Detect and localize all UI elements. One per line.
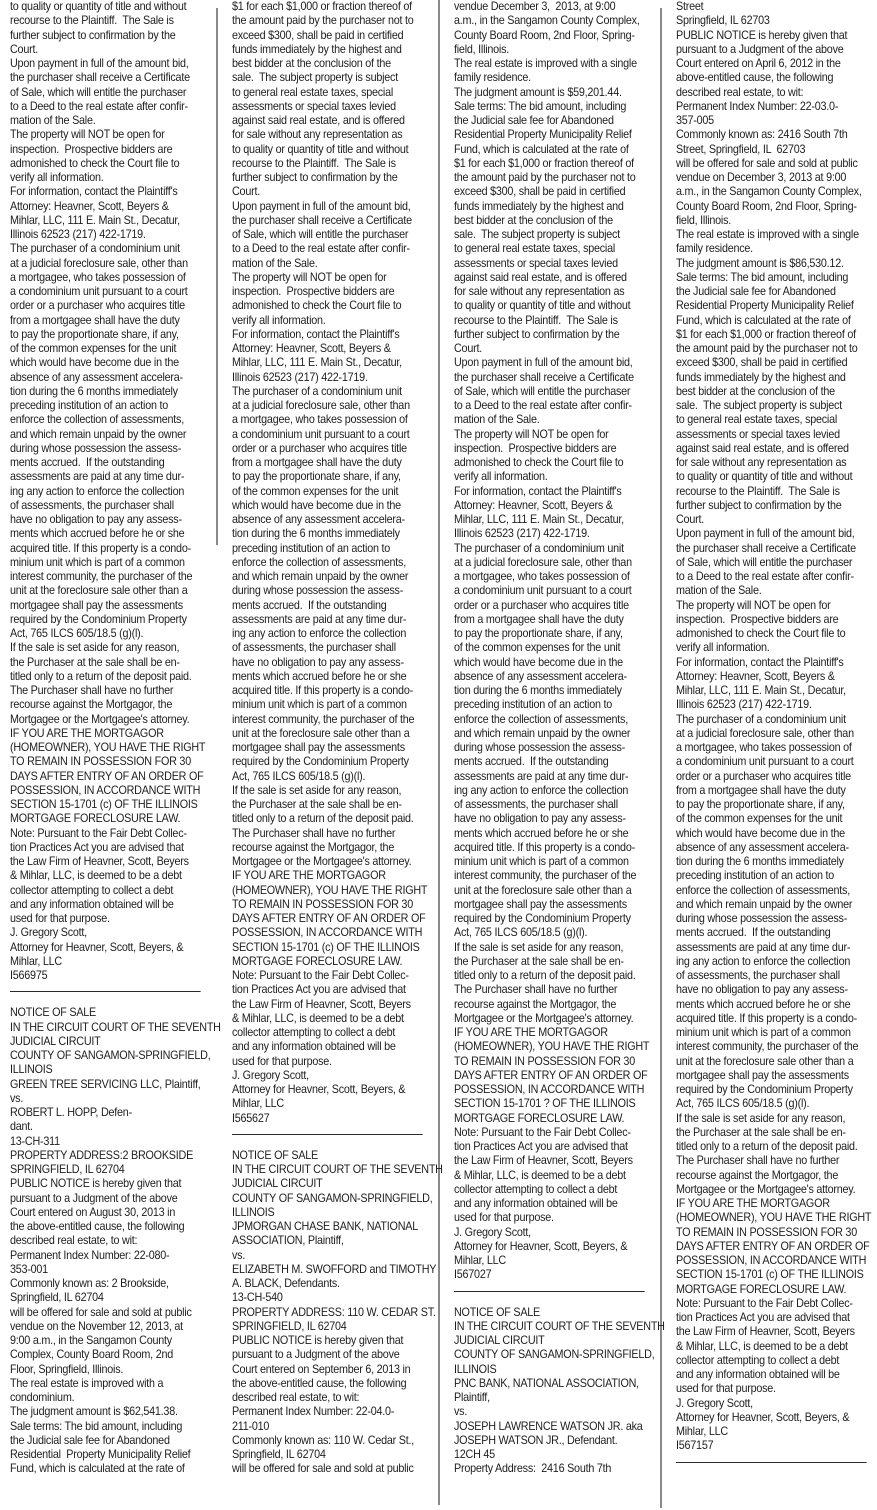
notice-line: Residential Property Municipality Relief <box>454 128 640 142</box>
notice-line: Note: Pursuant to the Fair Debt Collec- <box>676 1297 862 1311</box>
notice-line: The Purchaser shall have no further <box>10 684 196 698</box>
notice-line: Street, Springfield, IL 62703 <box>676 143 862 157</box>
notice-line: IF YOU ARE THE MORTGAGOR <box>232 869 418 883</box>
notice-line: of the common expenses for the unit <box>10 342 196 356</box>
notice-line: described real estate, to wit: <box>10 1234 196 1248</box>
notice-line: Attorney: Heavner, Scott, Beyers & <box>454 499 640 513</box>
notice-line: further subject to confirmation by the <box>454 328 640 342</box>
notice-line: ments accrued. If the outstanding <box>454 755 640 769</box>
notice-line: the purchaser shall receive a Certificat… <box>676 542 862 556</box>
notice-line: interest community, the purchaser of the <box>10 570 196 584</box>
notice-line: Mihlar, LLC <box>676 1425 862 1439</box>
notice-line: Act, 765 ILCS 605/18.5 (g)(l). <box>10 627 196 641</box>
notice-line: Mihlar, LLC <box>232 1097 418 1111</box>
notice-line: & Mihlar, LLC, is deemed to be a debt <box>454 1169 640 1183</box>
notice-line: to pay the proportionate share, if any, <box>10 328 196 342</box>
notice-line: funds immediately by the highest and <box>454 200 640 214</box>
notice-line: collector attempting to collect a debt <box>232 1026 418 1040</box>
notice-line: POSSESSION, IN ACCORDANCE WITH <box>10 784 196 798</box>
notice-line: a mortgagee, who takes possession of <box>10 271 196 285</box>
notice-line: PUBLIC NOTICE is hereby given that <box>676 29 862 43</box>
notice-line: the Purchaser at the sale shall be en- <box>454 955 640 969</box>
notice-line: ments accrued. If the outstanding <box>10 456 196 470</box>
column-3: vendue December 3, 2013, at 9:00a.m., in… <box>454 0 640 1477</box>
notice-line: Residential Property Municipality Relief <box>10 1448 196 1462</box>
notice-line: pursuant to a Judgment of the above <box>232 1348 418 1362</box>
notice-line: 353-001 <box>10 1263 196 1277</box>
notice-line: the Judicial sale fee for Abandoned <box>454 114 640 128</box>
notice-line: minium unit which is part of a common <box>232 698 418 712</box>
notice-line: to general real estate taxes, special <box>676 413 862 427</box>
notice-line: used for that purpose. <box>676 1382 862 1396</box>
notice-line: Attorney: Heavner, Scott, Beyers & <box>676 670 862 684</box>
notice-line: 13-CH-540 <box>232 1291 418 1305</box>
notice-line: JOSEPH LAWRENCE WATSON JR. aka <box>454 1420 640 1434</box>
notice-line: vendue December 3, 2013, at 9:00 <box>454 0 640 14</box>
notice-line: mortgagee shall pay the assessments <box>10 599 196 613</box>
notice-separator-rule <box>232 1134 423 1135</box>
notice-line: COUNTY OF SANGAMON-SPRINGFIELD, <box>10 1049 196 1063</box>
notice-line: verify all information. <box>10 171 196 185</box>
notice-line: funds immediately by the highest and <box>676 371 862 385</box>
notice-line: which would have become due in the <box>10 356 196 370</box>
notice-line: The real estate is improved with a singl… <box>676 228 862 242</box>
notice-line: inspection. Prospective bidders are <box>232 285 418 299</box>
notice-line: Floor, Springfield, Illinois. <box>10 1363 196 1377</box>
notice-line: mation of the Sale. <box>10 114 196 128</box>
notice-line: Mihlar, LLC, 111 E. Main St., Decatur, <box>232 356 418 370</box>
notice-line: for sale without any representation as <box>232 128 418 142</box>
notice-line: and any information obtained will be <box>676 1368 862 1382</box>
notice-line: ILLINOIS <box>10 1063 196 1077</box>
notice-line: The judgment amount is $86,530.12. <box>676 257 862 271</box>
notice-text-block: to quality or quantity of title and with… <box>10 0 196 983</box>
notice-line: TO REMAIN IN POSSESSION FOR 30 <box>232 898 418 912</box>
notice-line: PROPERTY ADDRESS:2 BROOKSIDE <box>10 1149 196 1163</box>
legal-notices-page: to quality or quantity of title and with… <box>0 0 877 1510</box>
notice-line: to general real estate taxes, special <box>454 242 640 256</box>
notice-line: ing any action to enforce the collection <box>676 955 862 969</box>
notice-line: absence of any assessment accelera- <box>454 670 640 684</box>
notice-line: the Law Firm of Heavner, Scott, Beyers <box>10 855 196 869</box>
notice-line: Illinois 62523 (217) 422-1719. <box>676 698 862 712</box>
notice-line: a.m., in the Sangamon County Complex, <box>676 185 862 199</box>
notice-line: assessments are paid at any time dur- <box>10 470 196 484</box>
notice-line: Upon payment in full of the amount bid, <box>676 527 862 541</box>
notice-line: order or a purchaser who acquires title <box>676 770 862 784</box>
notice-line: the amount paid by the purchaser not to <box>676 342 862 356</box>
notice-line: Upon payment in full of the amount bid, <box>454 356 640 370</box>
notice-line: The Purchaser shall have no further <box>454 983 640 997</box>
notice-line: Court entered on April 6, 2012 in the <box>676 57 862 71</box>
notice-line: and any information obtained will be <box>454 1197 640 1211</box>
notice-line: Permanent Index Number: 22-080- <box>10 1249 196 1263</box>
notice-line: 13-CH-311 <box>10 1135 196 1149</box>
notice-line: vs. <box>232 1249 418 1263</box>
notice-line: $1 for each $1,000 or fraction thereof o… <box>676 328 862 342</box>
notice-line: to a Deed to the real estate after confi… <box>454 399 640 413</box>
notice-line: at a judicial foreclosure sale, other th… <box>232 399 418 413</box>
notice-line: ments accrued. If the outstanding <box>232 599 418 613</box>
notice-line: The real estate is improved with a singl… <box>454 57 640 71</box>
notice-line: the purchaser shall receive a Certificat… <box>454 371 640 385</box>
notice-line: and which remain unpaid by the owner <box>232 570 418 584</box>
notice-line: IF YOU ARE THE MORTGAGOR <box>10 727 196 741</box>
notice-line: Note: Pursuant to the Fair Debt Collec- <box>10 827 196 841</box>
notice-line: verify all information. <box>676 641 862 655</box>
notice-line: the Judicial sale fee for Abandoned <box>10 1434 196 1448</box>
notice-line: Complex, County Board Room, 2nd <box>10 1348 196 1362</box>
notice-line: Fund, which is calculated at the rate of <box>454 143 640 157</box>
notice-line: The property will NOT be open for <box>232 271 418 285</box>
notice-line: Fund, which is calculated at the rate of <box>676 314 862 328</box>
notice-line: Attorney for Heavner, Scott, Beyers, & <box>232 1083 418 1097</box>
notice-line: preceding institution of an action to <box>10 399 196 413</box>
column-2: $1 for each $1,000 or fraction thereof o… <box>232 0 418 1477</box>
notice-line: tion Practices Act you are advised that <box>232 983 418 997</box>
notice-line: Act, 765 ILCS 605/18.5 (g)(l). <box>454 926 640 940</box>
notice-line: recourse to the Plaintiff. The Sale is <box>232 157 418 171</box>
notice-line: of assessments, the purchaser shall <box>676 969 862 983</box>
notice-line: to quality or quantity of title and with… <box>454 299 640 313</box>
notice-line: which would have become due in the <box>232 499 418 513</box>
notice-line: the Purchaser at the sale shall be en- <box>232 798 418 812</box>
notice-line: The judgment amount is $59,201.44. <box>454 86 640 100</box>
notice-line: mation of the Sale. <box>232 257 418 271</box>
notice-line: Mortgagee or the Mortgagee's attorney. <box>232 855 418 869</box>
notice-line: Plaintiff, <box>454 1391 640 1405</box>
column-divider <box>216 8 218 545</box>
notice-line: ments which accrued before he or she <box>232 670 418 684</box>
notice-line: recourse against the Mortgagor, the <box>676 1169 862 1183</box>
notice-line: dant. <box>10 1120 196 1134</box>
notice-line: IN THE CIRCUIT COURT OF THE SEVENTH <box>454 1320 640 1334</box>
column-divider <box>660 8 662 1508</box>
notice-line: preceding institution of an action to <box>676 869 862 883</box>
notice-line: the Purchaser at the sale shall be en- <box>10 656 196 670</box>
notice-line: For information, contact the Plaintiff's <box>10 185 196 199</box>
notice-line: (HOMEOWNER), YOU HAVE THE RIGHT <box>232 884 418 898</box>
notice-line: minium unit which is part of a common <box>10 556 196 570</box>
notice-line: further subject to confirmation by the <box>232 171 418 185</box>
notice-line: will be offered for sale and sold at pub… <box>676 157 862 171</box>
notice-line: Sale terms: The bid amount, including <box>676 271 862 285</box>
notice-line: used for that purpose. <box>232 1055 418 1069</box>
notice-line: at a judicial foreclosure sale, other th… <box>454 556 640 570</box>
notice-text-block: NOTICE OF SALEIN THE CIRCUIT COURT OF TH… <box>10 1006 196 1476</box>
notice-line: If the sale is set aside for any reason, <box>676 1112 862 1126</box>
notice-line: vendue on December 3, 2013 at 9:00 <box>676 171 862 185</box>
notice-line: and any information obtained will be <box>232 1040 418 1054</box>
notice-line: enforce the collection of assessments, <box>10 413 196 427</box>
notice-line: Mortgagee or the Mortgagee's attorney. <box>454 1012 640 1026</box>
notice-line: order or a purchaser who acquires title <box>232 442 418 456</box>
notice-line: the purchaser shall receive a Certificat… <box>232 214 418 228</box>
notice-separator-rule <box>676 1462 867 1463</box>
notice-line: used for that purpose. <box>454 1211 640 1225</box>
notice-line: assessments are paid at any time dur- <box>676 941 862 955</box>
notice-line: County Board Room, 2nd Floor, Spring- <box>454 29 640 43</box>
notice-line: PROPERTY ADDRESS: 110 W. CEDAR ST. <box>232 1306 418 1320</box>
notice-line: to pay the proportionate share, if any, <box>454 627 640 641</box>
notice-line: & Mihlar, LLC, is deemed to be a debt <box>676 1340 862 1354</box>
notice-line: $1 for each $1,000 or fraction thereof o… <box>232 0 418 14</box>
notice-line: and which remain unpaid by the owner <box>454 727 640 741</box>
notice-line: Upon payment in full of the amount bid, <box>10 57 196 71</box>
notice-line: unit at the foreclosure sale other than … <box>454 884 640 898</box>
notice-line: minium unit which is part of a common <box>676 1026 862 1040</box>
notice-line: a mortgagee, who takes possession of <box>676 741 862 755</box>
notice-line: Court. <box>676 513 862 527</box>
notice-line: The property will NOT be open for <box>10 128 196 142</box>
notice-line: the Law Firm of Heavner, Scott, Beyers <box>232 998 418 1012</box>
notice-line: the amount paid by the purchaser not to <box>454 171 640 185</box>
notice-line: enforce the collection of assessments, <box>676 884 862 898</box>
notice-line: JOSEPH WATSON JR., Defendant. <box>454 1434 640 1448</box>
notice-line: ments which accrued before he or she <box>10 527 196 541</box>
notice-line: ing any action to enforce the collection <box>10 485 196 499</box>
notice-line: I566975 <box>10 969 196 983</box>
notice-line: vs. <box>454 1405 640 1419</box>
notice-line: described real estate, to wit: <box>676 86 862 100</box>
notice-line: to quality or quantity of title and with… <box>676 470 862 484</box>
notice-line: the Law Firm of Heavner, Scott, Beyers <box>676 1325 862 1339</box>
notice-line: IF YOU ARE THE MORTGAGOR <box>454 1026 640 1040</box>
notice-line: a condominium unit pursuant to a court <box>232 428 418 442</box>
notice-line: of assessments, the purchaser shall <box>10 499 196 513</box>
notice-line: ments which accrued before he or she <box>676 998 862 1012</box>
notice-line: The Purchaser shall have no further <box>676 1154 862 1168</box>
notice-line: (HOMEOWNER), YOU HAVE THE RIGHT <box>676 1211 862 1225</box>
notice-line: Court entered on September 6, 2013 in <box>232 1363 418 1377</box>
notice-line: collector attempting to collect a debt <box>676 1354 862 1368</box>
notice-line: the above-entitled cause, the following <box>232 1377 418 1391</box>
notice-line: Mihlar, LLC, 111 E. Main St., Decatur, <box>454 513 640 527</box>
notice-line: the Judicial sale fee for Abandoned <box>676 285 862 299</box>
notice-line: tion during the 6 months immediately <box>10 385 196 399</box>
notice-line: Court. <box>232 185 418 199</box>
notice-line: County Board Room, 2nd Floor, Spring- <box>676 200 862 214</box>
notice-line: field, Illinois. <box>676 214 862 228</box>
notice-line: titled only to a return of the deposit p… <box>676 1140 862 1154</box>
notice-line: acquired title. If this property is a co… <box>10 542 196 556</box>
notice-line: from a mortgagee shall have the duty <box>676 784 862 798</box>
notice-line: Mihlar, LLC <box>454 1254 640 1268</box>
notice-line: IN THE CIRCUIT COURT OF THE SEVENTH <box>10 1021 196 1035</box>
notice-line: If the sale is set aside for any reason, <box>454 941 640 955</box>
notice-line: a condominium unit pursuant to a court <box>676 755 862 769</box>
notice-line: Illinois 62523 (217) 422-1719. <box>454 527 640 541</box>
notice-line: required by the Condominium Property <box>454 912 640 926</box>
notice-line: the purchaser shall receive a Certificat… <box>10 71 196 85</box>
notice-line: The purchaser of a condominium unit <box>454 542 640 556</box>
notice-line: titled only to a return of the deposit p… <box>10 670 196 684</box>
notice-line: and which remain unpaid by the owner <box>10 428 196 442</box>
notice-line: For information, contact the Plaintiff's <box>454 485 640 499</box>
notice-line: Act, 765 ILCS 605/18.5 (g)(l). <box>232 770 418 784</box>
notice-line: Permanent Index Number: 22-04.0- <box>232 1405 418 1419</box>
notice-line: the amount paid by the purchaser not to <box>232 14 418 28</box>
notice-line: condominium. <box>10 1391 196 1405</box>
notice-line: I567027 <box>454 1268 640 1282</box>
notice-line: enforce the collection of assessments, <box>232 556 418 570</box>
notice-line: of Sale, which will entitle the purchase… <box>10 86 196 100</box>
notice-line: the Law Firm of Heavner, Scott, Beyers <box>454 1154 640 1168</box>
notice-line: COUNTY OF SANGAMON-SPRINGFIELD, <box>454 1348 640 1362</box>
notice-line: J. Gregory Scott, <box>454 1226 640 1240</box>
notice-line: I565627 <box>232 1112 418 1126</box>
notice-line: ing any action to enforce the collection <box>454 784 640 798</box>
notice-line: a condominium unit pursuant to a court <box>10 285 196 299</box>
notice-line: and which remain unpaid by the owner <box>676 898 862 912</box>
notice-line: Springfield, IL 62704 <box>10 1291 196 1305</box>
notice-line: assessments or special taxes levied <box>676 428 862 442</box>
notice-line: against said real estate, and is offered <box>676 442 862 456</box>
notice-line: verify all information. <box>232 314 418 328</box>
notice-line: Permanent Index Number: 22-03.0- <box>676 100 862 114</box>
notice-line: from a mortgagee shall have the duty <box>454 613 640 627</box>
notice-line: TO REMAIN IN POSSESSION FOR 30 <box>676 1226 862 1240</box>
notice-line: Court entered on August 30, 2013 in <box>10 1206 196 1220</box>
notice-line: a condominium unit pursuant to a court <box>454 584 640 598</box>
notice-line: recourse to the Plaintiff. The Sale is <box>454 314 640 328</box>
notice-line: during whose possession the assess- <box>454 741 640 755</box>
notice-line: mation of the Sale. <box>676 584 862 598</box>
notice-line: JUDICIAL CIRCUIT <box>454 1334 640 1348</box>
notice-line: (HOMEOWNER), YOU HAVE THE RIGHT <box>454 1040 640 1054</box>
notice-line: further subject to confirmation by the <box>10 29 196 43</box>
notice-line: assessments or special taxes levied <box>454 257 640 271</box>
notice-line: Attorney: Heavner, Scott, Beyers & <box>10 200 196 214</box>
notice-line: The purchaser of a condominium unit <box>676 713 862 727</box>
notice-line: JUDICIAL CIRCUIT <box>10 1035 196 1049</box>
notice-line: ELIZABETH M. SWOFFORD and TIMOTHY <box>232 1263 418 1277</box>
notice-line: interest community, the purchaser of the <box>676 1040 862 1054</box>
notice-line: 9:00 a.m., in the Sangamon County <box>10 1334 196 1348</box>
notice-line: field, Illinois. <box>454 43 640 57</box>
notice-line: tion Practices Act you are advised that <box>676 1311 862 1325</box>
notice-line: during whose possession the assess- <box>232 584 418 598</box>
notice-line: mortgagee shall pay the assessments <box>454 898 640 912</box>
notice-line: IF YOU ARE THE MORTGAGOR <box>676 1197 862 1211</box>
notice-line: Note: Pursuant to the Fair Debt Collec- <box>454 1126 640 1140</box>
notice-line: against said real estate, and is offered <box>454 271 640 285</box>
notice-line: to a Deed to the real estate after confi… <box>10 100 196 114</box>
notice-line: of Sale, which will entitle the purchase… <box>232 228 418 242</box>
notice-line: pursuant to a Judgment of the above <box>676 43 862 57</box>
notice-line: recourse against the Mortgagor, the <box>232 841 418 855</box>
notice-line: tion Practices Act you are advised that <box>10 841 196 855</box>
notice-line: sale. The subject property is subject <box>232 71 418 85</box>
notice-line: from a mortgagee shall have the duty <box>10 314 196 328</box>
column-divider <box>438 0 440 1505</box>
notice-line: Mihlar, LLC, 111 E. Main St., Decatur, <box>10 214 196 228</box>
notice-line: at a judicial foreclosure sale, other th… <box>676 727 862 741</box>
notice-line: required by the Condominium Property <box>10 613 196 627</box>
notice-line: Mortgagee or the Mortgagee's attorney. <box>10 713 196 727</box>
notice-line: The property will NOT be open for <box>454 428 640 442</box>
notice-line: have no obligation to pay any assess- <box>232 656 418 670</box>
notice-line: of Sale, which will entitle the purchase… <box>676 556 862 570</box>
notice-line: for sale without any representation as <box>454 285 640 299</box>
notice-line: Act, 765 ILCS 605/18.5 (g)(l). <box>676 1097 862 1111</box>
notice-line: & Mihlar, LLC, is deemed to be a debt <box>10 869 196 883</box>
notice-line: ILLINOIS <box>232 1206 418 1220</box>
notice-line: JUDICIAL CIRCUIT <box>232 1177 418 1191</box>
notice-line: the Purchaser at the sale shall be en- <box>676 1126 862 1140</box>
column-1: to quality or quantity of title and with… <box>10 0 196 1477</box>
notice-line: mation of the Sale. <box>454 413 640 427</box>
notice-line: to a Deed to the real estate after confi… <box>676 570 862 584</box>
notice-line: best bidder at the conclusion of the <box>676 385 862 399</box>
notice-line: inspection. Prospective bidders are <box>10 143 196 157</box>
notice-text-block: StreetSpringfield, IL 62703PUBLIC NOTICE… <box>676 0 862 1454</box>
notice-line: 211-010 <box>232 1420 418 1434</box>
notice-line: at a judicial foreclosure sale, other th… <box>10 257 196 271</box>
notice-line: The judgment amount is $62,541.38. <box>10 1405 196 1419</box>
notice-line: SPRINGFIELD, IL 62704 <box>232 1320 418 1334</box>
notice-line: a.m., in the Sangamon County Complex, <box>454 14 640 28</box>
notice-line: For information, contact the Plaintiff's <box>232 328 418 342</box>
notice-line: collector attempting to collect a debt <box>454 1183 640 1197</box>
notice-line: I567157 <box>676 1439 862 1453</box>
notice-line: SECTION 15-1701 (c) OF THE ILLINOIS <box>10 798 196 812</box>
notice-line: recourse against the Mortgagor, the <box>454 998 640 1012</box>
notice-line: Springfield, IL 62704 <box>232 1448 418 1462</box>
notice-line: absence of any assessment accelera- <box>676 841 862 855</box>
notice-line: Attorney: Heavner, Scott, Beyers & <box>232 342 418 356</box>
notice-line: Attorney for Heavner, Scott, Beyers, & <box>454 1240 640 1254</box>
notice-line: recourse to the Plaintiff. The Sale is <box>10 14 196 28</box>
notice-line: admonished to check the Court file to <box>676 627 862 641</box>
notice-line: Mihlar, LLC <box>10 955 196 969</box>
notice-line: above-entitled cause, the following <box>676 71 862 85</box>
notice-line: POSSESSION, IN ACCORDANCE WITH <box>676 1254 862 1268</box>
notice-line: required by the Condominium Property <box>232 755 418 769</box>
notice-line: POSSESSION, IN ACCORDANCE WITH <box>232 926 418 940</box>
notice-line: ASSOCIATION, Plaintiff, <box>232 1234 418 1248</box>
notice-line: Commonly known as: 2416 South 7th <box>676 128 862 142</box>
notice-line: order or a purchaser who acquires title <box>10 299 196 313</box>
notice-line: SECTION 15-1701 (c) OF THE ILLINOIS <box>232 941 418 955</box>
notice-line: DAYS AFTER ENTRY OF AN ORDER OF <box>676 1240 862 1254</box>
notice-line: best bidder at the conclusion of the <box>232 57 418 71</box>
notice-line: of the common expenses for the unit <box>232 485 418 499</box>
notice-line: best bidder at the conclusion of the <box>454 214 640 228</box>
notice-separator-rule <box>454 1291 645 1292</box>
notice-line: TO REMAIN IN POSSESSION FOR 30 <box>454 1055 640 1069</box>
notice-line: Attorney for Heavner, Scott, Beyers, & <box>676 1411 862 1425</box>
notice-line: Mortgagee or the Mortgagee's attorney. <box>676 1183 862 1197</box>
notice-line: If the sale is set aside for any reason, <box>10 641 196 655</box>
notice-line: inspection. Prospective bidders are <box>676 613 862 627</box>
notice-line: during whose possession the assess- <box>676 912 862 926</box>
notice-line: Illinois 62523 (217) 422-1719. <box>10 228 196 242</box>
notice-line: assessments or special taxes levied <box>232 100 418 114</box>
notice-line: J. Gregory Scott, <box>676 1397 862 1411</box>
notice-line: The purchaser of a condominium unit <box>10 242 196 256</box>
notice-line: preceding institution of an action to <box>454 698 640 712</box>
notice-text-block: $1 for each $1,000 or fraction thereof o… <box>232 0 418 1126</box>
notice-line: used for that purpose. <box>10 912 196 926</box>
notice-line: of assessments, the purchaser shall <box>232 641 418 655</box>
notice-line: preceding institution of an action to <box>232 542 418 556</box>
notice-line: described real estate, to wit: <box>232 1391 418 1405</box>
notice-line: MORTGAGE FORECLOSURE LAW. <box>10 812 196 826</box>
notice-line: to pay the proportionate share, if any, <box>676 798 862 812</box>
notice-line: of the common expenses for the unit <box>676 812 862 826</box>
notice-line: tion during the 6 months immediately <box>232 527 418 541</box>
